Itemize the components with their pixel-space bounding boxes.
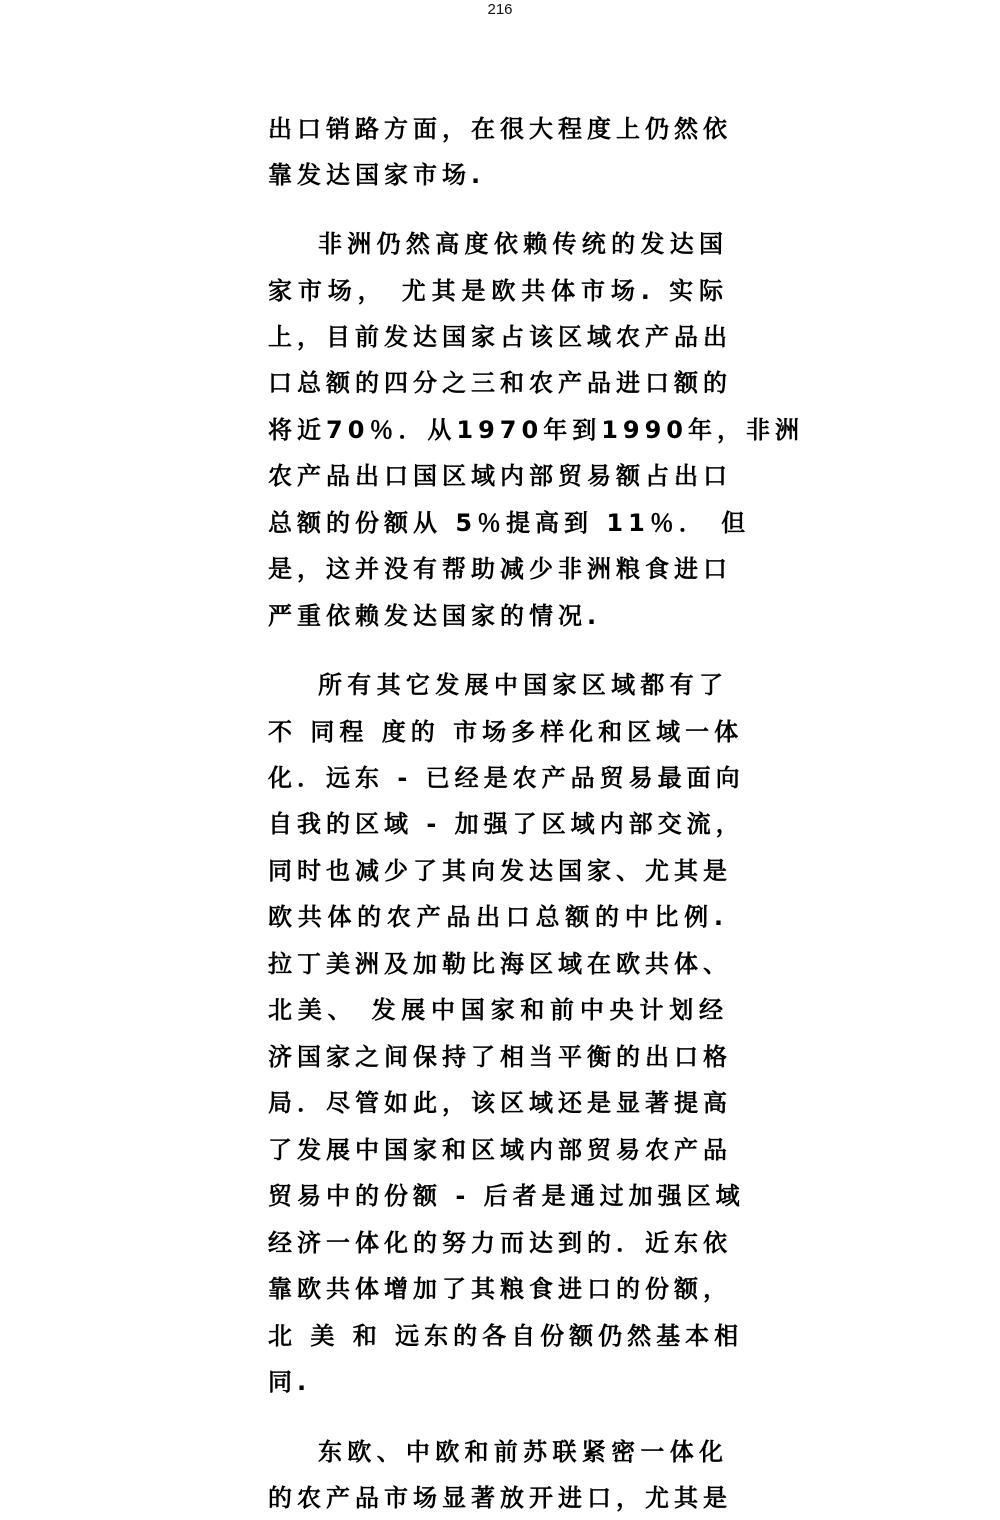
text-line: 北 美 和 远东的各自份额仍然基本相 [268, 1321, 728, 1351]
text-line: 严重依赖发达国家的情况. [268, 601, 728, 631]
text-line: 家市场， 尤其是欧共体市场. 实际 [268, 276, 728, 306]
text-line: 靠发达国家市场. [268, 160, 728, 190]
text-line: 欧共体的农产品出口总额的中比例. [268, 902, 728, 932]
text-line: 将近70％．从1970年到1990年，非洲 [268, 415, 728, 445]
text-line: 拉丁美洲及加勒比海区域在欧共体、 [268, 949, 728, 979]
text-line: 是，这并没有帮助减少非洲粮食进口 [268, 554, 728, 584]
text-line: 的农产品市场显著放开进口，尤其是 [268, 1483, 728, 1513]
text-line: 出口销路方面，在很大程度上仍然依 [268, 114, 728, 144]
text-line: 化．远东 - 已经是农产品贸易最面向 [268, 763, 728, 793]
text-line: 总额的份额从 5％提高到 11％． 但 [268, 508, 728, 538]
text-line: 同时也减少了其向发达国家、尤其是 [268, 856, 728, 886]
text-line: 局．尽管如此，该区域还是显著提高 [268, 1088, 728, 1118]
text-line: 非洲仍然高度依赖传统的发达国 [268, 229, 728, 259]
text-line: 北美、 发展中国家和前中央计划经 [268, 995, 728, 1025]
text-line: 济国家之间保持了相当平衡的出口格 [268, 1042, 728, 1072]
text-line: 贸易中的份额 - 后者是通过加强区域 [268, 1181, 728, 1211]
text-line: 了发展中国家和区域内部贸易农产品 [268, 1135, 728, 1165]
text-line: 自我的区域 - 加强了区域内部交流， [268, 809, 728, 839]
text-line: 农产品出口国区域内部贸易额占出口 [268, 461, 728, 491]
text-line: 东欧、中欧和前苏联紧密一体化 [268, 1437, 728, 1467]
text-line: 同. [268, 1367, 728, 1397]
text-line: 经济一体化的努力而达到的．近东依 [268, 1228, 728, 1258]
text-line: 所有其它发展中国家区域都有了 [268, 670, 728, 700]
text-line: 上，目前发达国家占该区域农产品出 [268, 322, 728, 352]
text-line: 靠欧共体增加了其粮食进口的份额， [268, 1274, 728, 1304]
page-number: 216 [0, 1, 1000, 19]
text-line: 口总额的四分之三和农产品进口额的 [268, 368, 728, 398]
text-line: 不 同程 度的 市场多样化和区域一体 [268, 717, 728, 747]
